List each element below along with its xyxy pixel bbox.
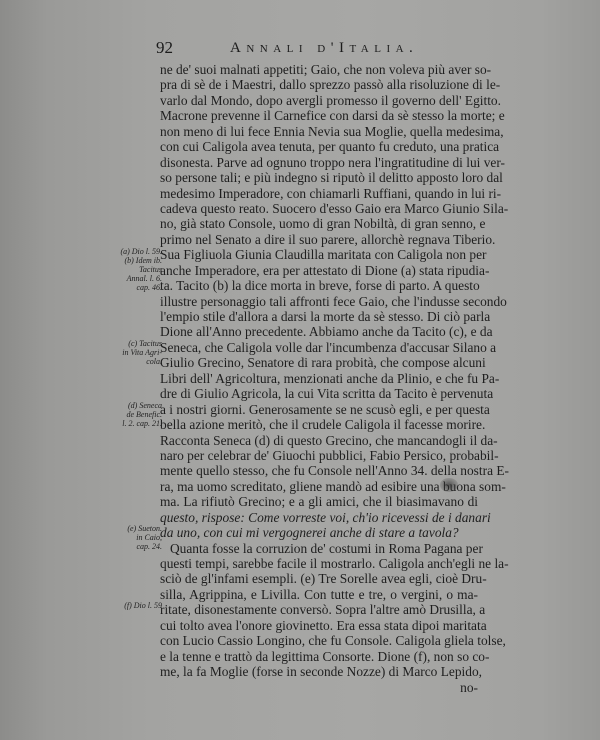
text-line: dre di Giulio Agricola, la cui Vita scri…	[160, 386, 478, 401]
text-line: Dione all'Anno precedente. Abbiamo anche…	[160, 324, 478, 339]
text-line: ritate, disonestamente conversò. Sopra l…	[160, 602, 478, 617]
text-line: ta. Tacito (b) la dice morta in breve, f…	[160, 278, 478, 293]
text-line: illustre personaggio tali affronti fece …	[160, 294, 478, 309]
margin-note: (c) Tacitusin Vita Agri-cola.	[98, 339, 162, 366]
margin-note-line: (a) Dio l. 59.	[98, 247, 162, 256]
margin-note-line: (d) Seneca	[98, 401, 162, 410]
margin-note-line: (c) Tacitus	[98, 339, 162, 348]
text-line: con cui Caligola avea tenuta, per quanto…	[160, 139, 478, 154]
text-line: me, la fa Moglie (forse in seconde Nozze…	[160, 664, 478, 679]
text-line: mente quello stesso, che fu Console nell…	[160, 463, 478, 478]
ink-smudge	[440, 478, 458, 492]
margin-note-line: in Caio,	[98, 533, 162, 542]
margin-note-line: in Vita Agri-	[98, 348, 162, 357]
margin-note-line: Annal. l. 6.	[98, 274, 162, 283]
text-line: l'empio stile d'allora a darsi la morte …	[160, 309, 478, 324]
text-line: questi tempi, sarebbe facile il mostrarl…	[160, 556, 478, 571]
margin-note: (f) Dio l. 59	[98, 601, 162, 610]
page-header: 92 Annali d'Italia.	[156, 38, 476, 62]
text-line: Macrone prevenne il Carnefice con darsi …	[160, 108, 478, 123]
text-line: ma. La rifiutò Grecino; e a gli amici, c…	[160, 494, 478, 509]
text-line: Seneca, che Caligola volle dar l'incumbe…	[160, 340, 478, 355]
text-line: primo nel Senato a dire il suo parere, a…	[160, 232, 478, 247]
text-line: ra, ma uomo screditato, gliene mandò ad …	[160, 479, 478, 494]
text-line: Quanta fosse la corruzion de' costumi in…	[160, 541, 478, 556]
text-line: cui tolto avea l'onore giovinetto. Era e…	[160, 618, 478, 633]
margin-note-line: de Benefic.	[98, 410, 162, 419]
book-page: 92 Annali d'Italia. ne de' suoi malnati …	[0, 0, 600, 740]
text-line: silla, Agrippina, e Livilla. Con tutte e…	[160, 587, 478, 602]
text-line: e la tenne e trattò da legittima Consort…	[160, 649, 478, 664]
text-line: da uno, con cui mi vergognerei anche di …	[160, 525, 478, 540]
margin-note-line: l. 2. cap. 21.	[98, 419, 162, 428]
text-line: a i nostri giorni. Generosamente se ne s…	[160, 402, 478, 417]
margin-note-line: (f) Dio l. 59	[98, 601, 162, 610]
margin-note-line: cap. 24.	[98, 542, 162, 551]
text-line: non meno di lui fece Ennia Nevia sua Mog…	[160, 124, 478, 139]
margin-note-line: cap. 46.	[98, 283, 162, 292]
text-line: questo, rispose: Come vorreste voi, ch'i…	[160, 510, 478, 525]
text-line: bella azione meritò, che il crudele Cali…	[160, 417, 478, 432]
running-title: Annali d'Italia.	[230, 40, 418, 57]
margin-note: (a) Dio l. 59.(b) Idem ib.TacitusAnnal. …	[98, 247, 162, 292]
page-number: 92	[156, 38, 173, 58]
margin-note-line: Tacitus	[98, 265, 162, 274]
margin-note-line: cola.	[98, 357, 162, 366]
text-line: varlo dal Mondo, dopo avergli promesso i…	[160, 93, 478, 108]
body-text: ne de' suoi malnati appetiti; Gaio, che …	[160, 62, 478, 695]
text-line: Giulio Grecino, Senatore di rara probità…	[160, 355, 478, 370]
margin-note: (e) Sueton.in Caio,cap. 24.	[98, 524, 162, 551]
text-line: naro per celebrar de' Giuochi pubblici, …	[160, 448, 478, 463]
text-line: sciò de gl'infami esempli. (e) Tre Sorel…	[160, 571, 478, 586]
text-line: con Lucio Cassio Longino, che fu Console…	[160, 633, 478, 648]
text-line: disonesta. Parve ad ognuno troppo nera l…	[160, 155, 478, 170]
text-line: anche Imperadore, era per attestato di D…	[160, 263, 478, 278]
text-line: pra di sè de i Maestri, dallo sprezzo pa…	[160, 77, 478, 92]
text-line: so persone tali; e più indegno si riputò…	[160, 170, 478, 185]
text-line: medesimo Imperadore, con chiamarli Ruffi…	[160, 186, 478, 201]
text-line: Libri dell' Agricoltura, menzionati anch…	[160, 371, 478, 386]
text-line: Sua Figliuola Giunia Claudilla maritata …	[160, 247, 478, 262]
margin-note: (d) Senecade Benefic.l. 2. cap. 21.	[98, 401, 162, 428]
text-line: cadeva questo reato. Suocero d'esso Gaio…	[160, 201, 478, 216]
margin-note-line: (b) Idem ib.	[98, 256, 162, 265]
text-line: ne de' suoi malnati appetiti; Gaio, che …	[160, 62, 478, 77]
text-line: no, già stato Console, uomo di gran Nobi…	[160, 216, 478, 231]
text-line: no-	[160, 680, 478, 695]
margin-note-line: (e) Sueton.	[98, 524, 162, 533]
text-line: Racconta Seneca (d) di questo Grecino, c…	[160, 433, 478, 448]
